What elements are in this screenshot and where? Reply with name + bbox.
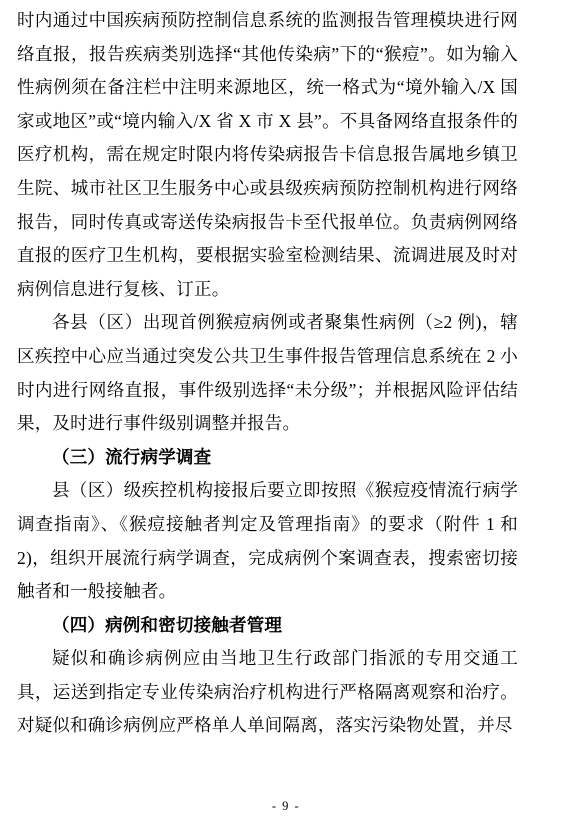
paragraph-network-reporting: 时内通过中国疾病预防控制信息系统的监测报告管理模块进行网络直报，报告疾病类别选择… (17, 4, 518, 306)
page-number: - 9 - (0, 799, 572, 814)
paragraph-cluster-case-reporting: 各县（区）出现首例猴痘病例或者聚集性病例（≥2 例)，辖区疾控中心应当通过突发公… (17, 306, 518, 440)
section-heading-case-contact-management: （四）病例和密切接触者管理 (17, 609, 518, 643)
paragraph-investigation-procedure: 县（区）级疾控机构接报后要立即按照《猴痘疫情流行病学调查指南》、《猴痘接触者判定… (17, 474, 518, 608)
section-heading-epidemiological-investigation: （三）流行病学调查 (17, 441, 518, 475)
document-page: 时内通过中国疾病预防控制信息系统的监测报告管理模块进行网络直报，报告疾病类别选择… (0, 0, 572, 826)
document-body: 时内通过中国疾病预防控制信息系统的监测报告管理模块进行网络直报，报告疾病类别选择… (17, 4, 518, 743)
paragraph-case-isolation: 疑似和确诊病例应由当地卫生行政部门指派的专用交通工具，运送到指定专业传染病治疗机… (17, 642, 518, 743)
